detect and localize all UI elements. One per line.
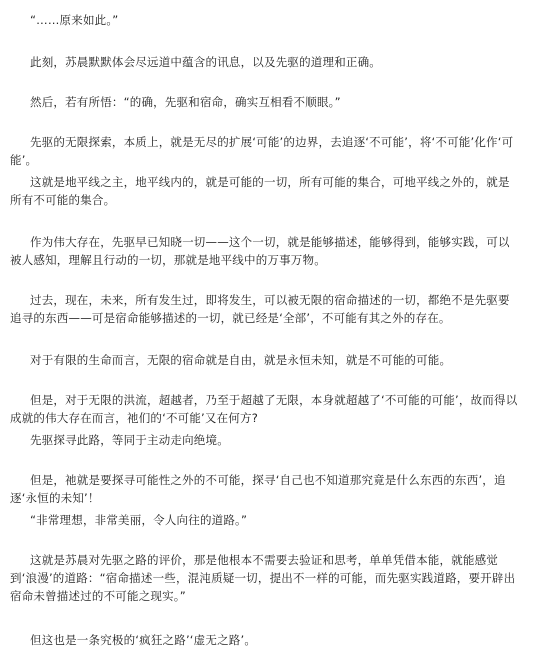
paragraph-6: 作为伟大存在，先驱早已知晓一切——这个一切，就是能够描述，能够得到，能够实践，可… [10, 233, 520, 269]
paragraph-10: 先驱探寻此路，等同于主动走向绝境。 [10, 431, 520, 449]
paragraph-3: 然后，若有所悟：“的确，先驱和宿命，确实互相看不顺眼。” [10, 93, 520, 111]
paragraph-2: 此刻，苏晨默默体会尽远道中蕴含的讯息，以及先驱的道理和正确。 [10, 53, 520, 71]
paragraph-14: 但这也是一条究极的‘疯狂之路’‘虚无之路’。 [10, 631, 520, 649]
paragraph-1: “……原来如此。” [10, 11, 520, 29]
paragraph-7: 过去，现在，未来，所有发生过，即将发生，可以被无限的宿命描述的一切，都绝不是先驱… [10, 291, 520, 327]
paragraph-11: 但是，祂就是要探寻可能性之外的不可能，探寻‘自己也不知道那究竟是什么东西的东西’… [10, 471, 520, 507]
paragraph-8: 对于有限的生命而言，无限的宿命就是自由，就是永恒未知，就是不可能的可能。 [10, 351, 520, 369]
paragraph-9: 但是，对于无限的洪流，超越者，乃至于超越了无限，本身就超越了‘不可能的可能’，故… [10, 391, 520, 427]
paragraph-13: 这就是苏晨对先驱之路的评价，那是他根本不需要去验证和思考，单单凭借本能，就能感觉… [10, 551, 520, 605]
paragraph-5: 这就是地平线之主，地平线内的，就是可能的一切，所有可能的集合，可地平线之外的，就… [10, 173, 520, 209]
paragraph-12: “非常理想，非常美丽，令人向往的道路。” [10, 511, 520, 529]
paragraph-4: 先驱的无限探索，本质上，就是无尽的扩展‘可能’的边界，去追逐‘不可能’，将‘不可… [10, 133, 520, 169]
